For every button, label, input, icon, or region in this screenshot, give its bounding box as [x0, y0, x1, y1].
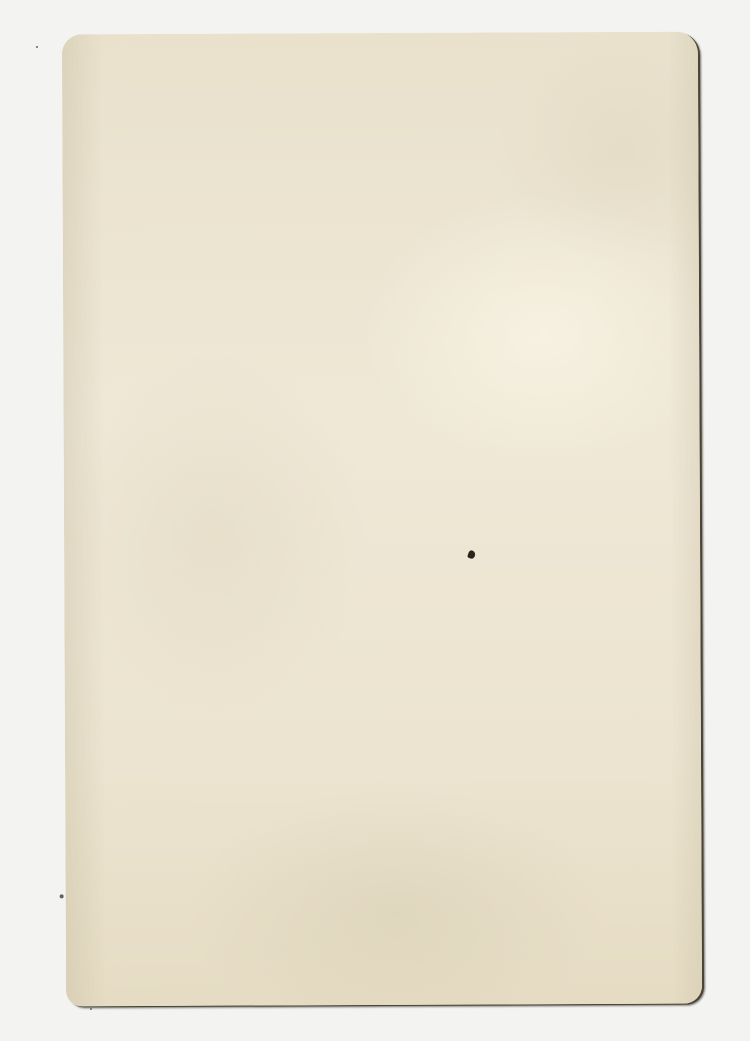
ink-speck: [467, 550, 476, 560]
dust-mark: [60, 894, 64, 898]
cabinet-card-back: [62, 32, 702, 1007]
dust-mark: [36, 46, 38, 48]
dust-mark: [90, 1008, 92, 1010]
